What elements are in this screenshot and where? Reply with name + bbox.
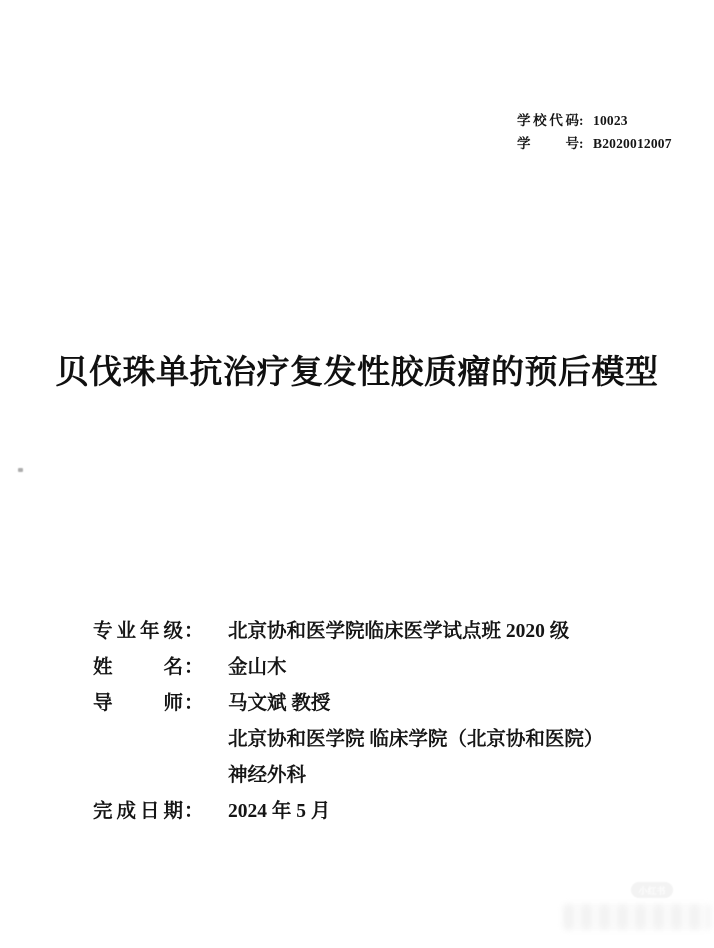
info-row-department: 神经外科 bbox=[93, 758, 603, 794]
watermark-id-blur bbox=[563, 904, 711, 930]
info-row-completion-date: 完成日期 ： 2024 年 5 月 bbox=[93, 794, 603, 830]
xiaohongshu-watermark-badge: 小红书 bbox=[631, 882, 673, 898]
student-id-colon: : bbox=[579, 132, 585, 155]
student-id-label: 学号 bbox=[517, 132, 579, 155]
major-colon: ： bbox=[184, 614, 197, 650]
completion-date-colon: ： bbox=[184, 794, 197, 830]
thesis-title: 贝伐珠单抗治疗复发性胶质瘤的预后模型 bbox=[0, 346, 714, 393]
info-row-major: 专业年级 ： 北京协和医学院临床医学试点班 2020 级 bbox=[93, 614, 603, 650]
info-row-institution: 北京协和医学院 临床学院（北京协和医院） bbox=[93, 722, 603, 758]
name-label: 姓名 bbox=[93, 650, 183, 686]
info-row-name: 姓名 ： 金山木 bbox=[93, 650, 603, 686]
school-code-label: 学校代码 bbox=[517, 109, 579, 132]
header-code-block: 学校代码 : 10023 学号 : B2020012007 bbox=[517, 109, 672, 155]
completion-date-label: 完成日期 bbox=[93, 794, 183, 830]
school-code-colon: : bbox=[579, 109, 585, 132]
department-value: 神经外科 bbox=[228, 758, 306, 794]
name-colon: ： bbox=[184, 650, 197, 686]
student-id-value: B2020012007 bbox=[593, 132, 672, 155]
info-row-supervisor: 导师 ： 马文斌 教授 bbox=[93, 686, 603, 722]
student-id-row: 学号 : B2020012007 bbox=[517, 132, 672, 155]
supervisor-value: 马文斌 教授 bbox=[228, 686, 330, 722]
supervisor-label: 导师 bbox=[93, 686, 183, 722]
info-block: 专业年级 ： 北京协和医学院临床医学试点班 2020 级 姓名 ： 金山木 导师… bbox=[93, 614, 603, 830]
supervisor-colon: ： bbox=[184, 686, 197, 722]
thesis-cover-page: 学校代码 : 10023 学号 : B2020012007 贝伐珠单抗治疗复发性… bbox=[0, 0, 714, 948]
major-value: 北京协和医学院临床医学试点班 2020 级 bbox=[228, 614, 569, 650]
major-label: 专业年级 bbox=[93, 614, 183, 650]
school-code-row: 学校代码 : 10023 bbox=[517, 109, 672, 132]
scan-speck-artifact bbox=[18, 468, 23, 472]
name-value: 金山木 bbox=[228, 650, 287, 686]
school-code-value: 10023 bbox=[593, 109, 628, 132]
completion-date-value: 2024 年 5 月 bbox=[228, 794, 330, 830]
institution-value: 北京协和医学院 临床学院（北京协和医院） bbox=[228, 722, 603, 758]
